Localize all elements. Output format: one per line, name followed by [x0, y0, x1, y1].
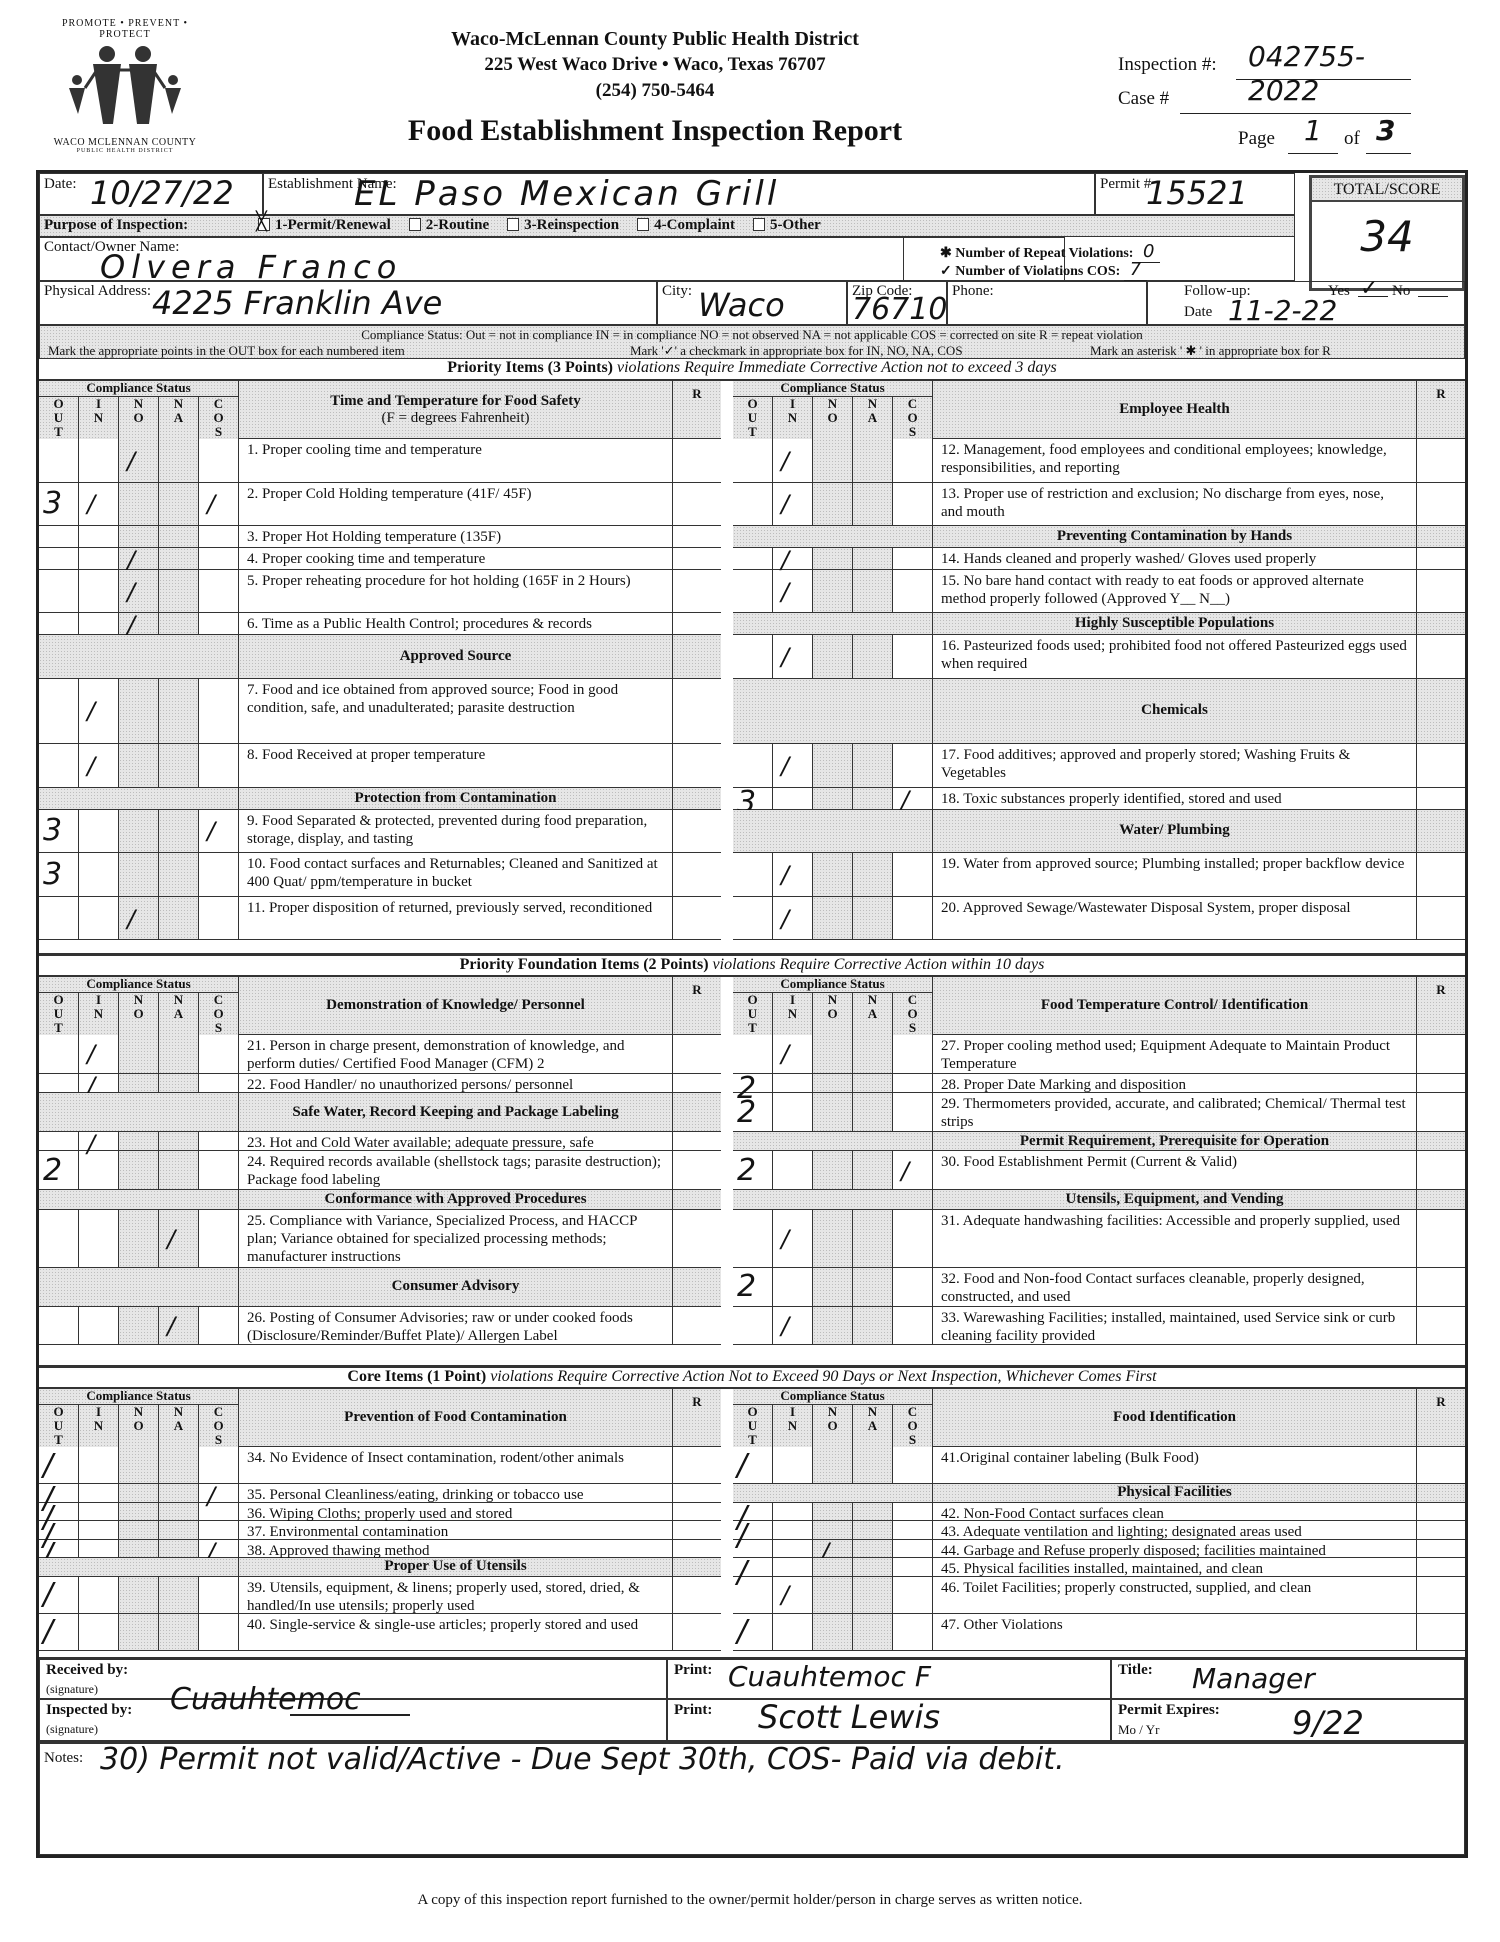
repeat-violation-box[interactable] — [1417, 483, 1465, 526]
status-no-box[interactable] — [813, 897, 853, 940]
status-cos-box[interactable] — [199, 613, 239, 634]
permit-number-field[interactable]: 15521 — [1146, 174, 1248, 212]
status-cos-box[interactable] — [199, 1614, 239, 1650]
status-out-box[interactable]: / — [733, 1521, 773, 1539]
status-na-box[interactable] — [853, 788, 893, 809]
status-cos-box[interactable] — [893, 483, 933, 526]
status-cos-box[interactable] — [199, 1132, 239, 1150]
repeat-violation-box[interactable] — [1417, 1447, 1465, 1483]
case-number-field[interactable]: 2022 — [1248, 74, 1319, 107]
purpose-option[interactable]: 3-Reinspection — [507, 217, 619, 234]
status-na-box[interactable] — [159, 570, 199, 613]
status-cos-box[interactable]: / — [893, 1151, 933, 1189]
status-out-box[interactable] — [39, 1074, 79, 1092]
status-in-box[interactable] — [79, 1151, 119, 1189]
status-cos-box[interactable] — [199, 1210, 239, 1267]
status-in-box[interactable]: / — [773, 1210, 813, 1267]
status-cos-box[interactable] — [199, 526, 239, 547]
status-cos-box[interactable]: / — [199, 1484, 239, 1502]
status-in-box[interactable] — [79, 613, 119, 634]
status-out-box[interactable] — [733, 853, 773, 896]
status-na-box[interactable] — [853, 1151, 893, 1189]
repeat-violation-box[interactable] — [1417, 1074, 1465, 1092]
date-field[interactable]: 10/27/22 — [90, 174, 234, 212]
repeat-violation-box[interactable] — [673, 1614, 721, 1650]
status-in-box[interactable] — [773, 788, 813, 809]
status-out-box[interactable] — [733, 1210, 773, 1267]
status-out-box[interactable] — [39, 679, 79, 743]
status-in-box[interactable] — [79, 1210, 119, 1267]
status-cos-box[interactable] — [893, 853, 933, 896]
status-cos-box[interactable] — [893, 1540, 933, 1558]
status-no-box[interactable]: / — [119, 548, 159, 569]
status-cos-box[interactable] — [199, 439, 239, 482]
city-field[interactable]: Waco — [698, 286, 785, 324]
status-in-box[interactable]: / — [773, 439, 813, 482]
status-na-box[interactable] — [159, 439, 199, 482]
status-na-box[interactable] — [159, 548, 199, 569]
checked-box-icon[interactable]: ╳ — [258, 218, 270, 231]
status-cos-box[interactable] — [893, 439, 933, 482]
status-cos-box[interactable] — [199, 1577, 239, 1613]
purpose-option[interactable]: 4-Complaint — [637, 217, 735, 234]
status-cos-box[interactable] — [893, 635, 933, 678]
status-no-box[interactable] — [813, 1558, 853, 1576]
status-in-box[interactable]: / — [773, 897, 813, 940]
repeat-violation-box[interactable] — [673, 1447, 721, 1483]
status-no-box[interactable] — [813, 1447, 853, 1483]
status-no-box[interactable] — [813, 439, 853, 482]
repeat-violation-box[interactable] — [1417, 635, 1465, 678]
status-out-box[interactable] — [39, 744, 79, 787]
status-cos-box[interactable] — [199, 679, 239, 743]
title-field[interactable]: Manager — [1192, 1662, 1315, 1695]
status-cos-box[interactable] — [893, 1268, 933, 1306]
status-in-box[interactable] — [79, 570, 119, 613]
status-cos-box[interactable] — [893, 1447, 933, 1483]
status-na-box[interactable] — [159, 1447, 199, 1483]
status-out-box[interactable]: / — [39, 1577, 79, 1613]
repeat-violation-box[interactable] — [1417, 1093, 1465, 1131]
status-na-box[interactable] — [159, 1540, 199, 1558]
status-no-box[interactable] — [813, 1151, 853, 1189]
status-out-box[interactable] — [39, 1035, 79, 1073]
status-in-box[interactable] — [773, 1540, 813, 1558]
status-in-box[interactable]: / — [773, 635, 813, 678]
status-in-box[interactable] — [79, 1577, 119, 1613]
repeat-violation-box[interactable] — [1417, 1614, 1465, 1650]
status-cos-box[interactable] — [199, 1307, 239, 1345]
status-na-box[interactable] — [159, 897, 199, 940]
status-out-box[interactable] — [733, 548, 773, 569]
notes-field[interactable]: 30) Permit not valid/Active - Due Sept 3… — [100, 1742, 1065, 1777]
status-in-box[interactable] — [79, 1447, 119, 1483]
status-cos-box[interactable] — [893, 1035, 933, 1073]
status-na-box[interactable] — [159, 853, 199, 896]
repeat-violation-box[interactable] — [673, 483, 721, 526]
status-in-box[interactable]: / — [773, 483, 813, 526]
page-number-field[interactable]: 1 — [1304, 114, 1322, 147]
status-no-box[interactable] — [119, 483, 159, 526]
status-na-box[interactable] — [159, 1151, 199, 1189]
repeat-violation-box[interactable] — [673, 897, 721, 940]
status-out-box[interactable] — [39, 1132, 79, 1150]
status-in-box[interactable]: / — [79, 1132, 119, 1150]
status-in-box[interactable] — [773, 1447, 813, 1483]
status-na-box[interactable] — [853, 483, 893, 526]
status-no-box[interactable] — [119, 1614, 159, 1650]
status-na-box[interactable] — [853, 1577, 893, 1613]
physical-address-field[interactable]: 4225 Franklin Ave — [152, 284, 442, 322]
status-na-box[interactable] — [159, 526, 199, 547]
status-na-box[interactable] — [853, 548, 893, 569]
follow-up-date-field[interactable]: 11-2-22 — [1228, 294, 1337, 327]
status-no-box[interactable] — [813, 1074, 853, 1092]
status-na-box[interactable] — [853, 897, 893, 940]
status-out-box[interactable] — [733, 635, 773, 678]
status-na-box[interactable] — [159, 1577, 199, 1613]
status-na-box[interactable] — [853, 1093, 893, 1131]
status-in-box[interactable] — [79, 1484, 119, 1502]
repeat-violation-box[interactable] — [1417, 1151, 1465, 1189]
status-na-box[interactable] — [853, 570, 893, 613]
status-in-box[interactable]: / — [773, 548, 813, 569]
status-cos-box[interactable] — [199, 570, 239, 613]
status-na-box[interactable] — [159, 744, 199, 787]
status-cos-box[interactable]: / — [199, 483, 239, 526]
status-out-box[interactable]: / — [733, 1447, 773, 1483]
status-in-box[interactable]: / — [773, 1307, 813, 1345]
repeat-violation-box[interactable] — [1417, 1558, 1465, 1576]
status-na-box[interactable] — [159, 1484, 199, 1502]
status-out-box[interactable]: 2 — [733, 1268, 773, 1306]
status-out-box[interactable]: / — [733, 1614, 773, 1650]
establishment-name-field[interactable]: EL Paso Mexican Grill — [354, 174, 779, 214]
status-out-box[interactable] — [733, 570, 773, 613]
status-cos-box[interactable]: / — [199, 1540, 239, 1558]
repeat-violation-box[interactable] — [673, 1132, 721, 1150]
status-cos-box[interactable] — [199, 897, 239, 940]
status-no-box[interactable] — [119, 810, 159, 853]
status-cos-box[interactable] — [893, 1503, 933, 1521]
status-in-box[interactable]: / — [773, 570, 813, 613]
status-in-box[interactable]: / — [773, 744, 813, 787]
status-out-box[interactable]: / — [39, 1521, 79, 1539]
status-in-box[interactable] — [79, 853, 119, 896]
status-out-box[interactable] — [39, 1210, 79, 1267]
status-out-box[interactable]: 2 — [733, 1151, 773, 1189]
status-out-box[interactable] — [39, 897, 79, 940]
repeat-violation-box[interactable] — [673, 744, 721, 787]
status-no-box[interactable] — [119, 1307, 159, 1345]
status-no-box[interactable] — [813, 1268, 853, 1306]
repeat-violation-box[interactable] — [1417, 1540, 1465, 1558]
status-na-box[interactable] — [853, 635, 893, 678]
status-out-box[interactable]: 3 — [39, 853, 79, 896]
status-in-box[interactable]: / — [79, 1035, 119, 1073]
permit-expires-field[interactable]: 9/22 — [1292, 1704, 1364, 1742]
status-no-box[interactable] — [119, 1484, 159, 1502]
status-na-box[interactable]: / — [159, 1307, 199, 1345]
status-out-box[interactable] — [733, 897, 773, 940]
repeat-violation-box[interactable] — [1417, 1503, 1465, 1521]
repeat-violation-box[interactable] — [673, 1151, 721, 1189]
follow-up-no-check[interactable] — [1418, 296, 1448, 297]
status-cos-box[interactable] — [199, 1035, 239, 1073]
status-in-box[interactable] — [79, 548, 119, 569]
follow-up-yes-check[interactable]: ✓ — [1360, 276, 1378, 301]
status-in-box[interactable]: / — [773, 853, 813, 896]
checkbox-icon[interactable] — [409, 218, 421, 231]
repeat-violation-box[interactable] — [1417, 1307, 1465, 1345]
received-signature[interactable]: Cuauhtemoc — [170, 1682, 361, 1717]
status-out-box[interactable] — [39, 526, 79, 547]
received-print-field[interactable]: Cuauhtemoc F — [728, 1660, 931, 1693]
status-no-box[interactable] — [119, 1577, 159, 1613]
status-out-box[interactable] — [733, 1577, 773, 1613]
status-out-box[interactable] — [39, 1307, 79, 1345]
status-na-box[interactable] — [853, 1521, 893, 1539]
status-in-box[interactable] — [79, 897, 119, 940]
status-cos-box[interactable] — [893, 1521, 933, 1539]
status-out-box[interactable]: 2 — [733, 1074, 773, 1092]
repeat-violation-box[interactable] — [673, 548, 721, 569]
status-na-box[interactable] — [853, 1558, 893, 1576]
status-in-box[interactable] — [79, 1503, 119, 1521]
status-no-box[interactable] — [813, 744, 853, 787]
repeat-violation-box[interactable] — [1417, 1210, 1465, 1267]
status-na-box[interactable] — [159, 1521, 199, 1539]
status-in-box[interactable] — [773, 1558, 813, 1576]
status-na-box[interactable] — [853, 1447, 893, 1483]
status-in-box[interactable]: / — [79, 679, 119, 743]
status-in-box[interactable] — [773, 1093, 813, 1131]
repeat-violation-box[interactable] — [1417, 897, 1465, 940]
status-na-box[interactable] — [159, 1035, 199, 1073]
status-no-box[interactable] — [119, 1540, 159, 1558]
status-no-box[interactable] — [813, 1307, 853, 1345]
checkbox-icon[interactable] — [753, 218, 765, 231]
status-no-box[interactable] — [813, 548, 853, 569]
status-cos-box[interactable] — [893, 1210, 933, 1267]
status-no-box[interactable] — [119, 1132, 159, 1150]
status-no-box[interactable] — [119, 1210, 159, 1267]
status-cos-box[interactable] — [199, 1074, 239, 1092]
status-in-box[interactable] — [773, 1503, 813, 1521]
status-out-box[interactable]: / — [39, 1614, 79, 1650]
status-in-box[interactable]: / — [79, 744, 119, 787]
status-in-box[interactable] — [79, 1540, 119, 1558]
status-na-box[interactable] — [853, 1307, 893, 1345]
status-out-box[interactable] — [39, 613, 79, 634]
status-na-box[interactable]: / — [159, 1210, 199, 1267]
repeat-violation-box[interactable] — [1417, 439, 1465, 482]
status-cos-box[interactable] — [893, 1577, 933, 1613]
status-no-box[interactable] — [813, 1577, 853, 1613]
status-out-box[interactable] — [733, 483, 773, 526]
status-out-box[interactable] — [39, 570, 79, 613]
status-no-box[interactable] — [119, 1074, 159, 1092]
inspection-number-field[interactable]: 042755- — [1248, 40, 1365, 73]
status-out-box[interactable]: / — [39, 1540, 79, 1558]
status-no-box[interactable] — [119, 1035, 159, 1073]
status-out-box[interactable] — [39, 439, 79, 482]
repeat-violation-box[interactable] — [673, 1484, 721, 1502]
repeat-violation-box[interactable] — [673, 1035, 721, 1073]
status-no-box[interactable] — [813, 1035, 853, 1073]
purpose-option[interactable]: 2-Routine — [409, 217, 489, 234]
status-cos-box[interactable]: / — [199, 810, 239, 853]
status-na-box[interactable] — [853, 1614, 893, 1650]
status-in-box[interactable]: / — [79, 1074, 119, 1092]
repeat-violation-box[interactable] — [673, 1503, 721, 1521]
status-na-box[interactable] — [159, 1132, 199, 1150]
status-cos-box[interactable] — [893, 1558, 933, 1576]
repeat-violation-box[interactable] — [1417, 1268, 1465, 1306]
status-out-box[interactable]: / — [39, 1447, 79, 1483]
status-cos-box[interactable] — [199, 1503, 239, 1521]
status-cos-box[interactable]: / — [893, 788, 933, 809]
status-out-box[interactable]: 2 — [39, 1151, 79, 1189]
status-out-box[interactable]: 3 — [39, 483, 79, 526]
status-no-box[interactable] — [813, 635, 853, 678]
status-out-box[interactable] — [733, 1307, 773, 1345]
repeat-violation-box[interactable] — [673, 613, 721, 634]
status-na-box[interactable] — [853, 1268, 893, 1306]
status-na-box[interactable] — [853, 1540, 893, 1558]
status-out-box[interactable] — [733, 439, 773, 482]
repeat-violation-box[interactable] — [673, 439, 721, 482]
status-cos-box[interactable] — [893, 1307, 933, 1345]
status-no-box[interactable] — [813, 788, 853, 809]
status-no-box[interactable] — [119, 1521, 159, 1539]
cos-violations-field[interactable]: 7 — [1124, 259, 1147, 281]
status-no-box[interactable]: / — [813, 1540, 853, 1558]
purpose-option[interactable]: 5-Other — [753, 217, 821, 234]
status-na-box[interactable] — [159, 1074, 199, 1092]
status-na-box[interactable] — [159, 1614, 199, 1650]
repeat-violation-box[interactable] — [673, 1210, 721, 1267]
status-in-box[interactable] — [79, 810, 119, 853]
repeat-violation-box[interactable] — [1417, 788, 1465, 809]
status-in-box[interactable] — [79, 526, 119, 547]
status-no-box[interactable] — [813, 570, 853, 613]
repeat-violation-box[interactable] — [673, 679, 721, 743]
repeat-violation-box[interactable] — [1417, 744, 1465, 787]
status-out-box[interactable] — [733, 1035, 773, 1073]
status-na-box[interactable] — [159, 679, 199, 743]
repeat-violation-box[interactable] — [1417, 570, 1465, 613]
status-na-box[interactable] — [853, 1074, 893, 1092]
status-no-box[interactable] — [119, 679, 159, 743]
purpose-option[interactable]: ╳1-Permit/Renewal — [258, 217, 391, 234]
status-cos-box[interactable] — [893, 744, 933, 787]
status-out-box[interactable]: / — [733, 1558, 773, 1576]
status-na-box[interactable] — [853, 1035, 893, 1073]
status-no-box[interactable] — [119, 744, 159, 787]
status-cos-box[interactable] — [199, 744, 239, 787]
page-total-field[interactable]: 3 — [1376, 114, 1395, 147]
status-cos-box[interactable] — [199, 1447, 239, 1483]
status-na-box[interactable] — [159, 483, 199, 526]
repeat-violation-box[interactable] — [673, 1540, 721, 1558]
status-no-box[interactable] — [119, 1447, 159, 1483]
status-in-box[interactable] — [79, 1521, 119, 1539]
status-cos-box[interactable] — [893, 548, 933, 569]
repeat-violation-box[interactable] — [1417, 1521, 1465, 1539]
status-out-box[interactable]: 3 — [39, 810, 79, 853]
status-in-box[interactable] — [773, 1268, 813, 1306]
status-cos-box[interactable] — [199, 1521, 239, 1539]
status-no-box[interactable]: / — [119, 613, 159, 634]
status-in-box[interactable] — [79, 439, 119, 482]
status-no-box[interactable] — [813, 1614, 853, 1650]
status-in-box[interactable]: / — [79, 483, 119, 526]
status-cos-box[interactable] — [893, 570, 933, 613]
status-no-box[interactable]: / — [119, 570, 159, 613]
status-no-box[interactable] — [813, 1503, 853, 1521]
inspector-print-field[interactable]: Scott Lewis — [758, 1698, 940, 1736]
repeat-violation-box[interactable] — [673, 526, 721, 547]
status-cos-box[interactable] — [199, 548, 239, 569]
status-no-box[interactable] — [119, 1503, 159, 1521]
status-in-box[interactable] — [79, 1307, 119, 1345]
repeat-violation-box[interactable] — [1417, 1035, 1465, 1073]
repeat-violation-box[interactable] — [1417, 548, 1465, 569]
status-na-box[interactable] — [159, 810, 199, 853]
status-out-box[interactable] — [39, 548, 79, 569]
repeat-violation-box[interactable] — [673, 810, 721, 853]
repeat-violation-box[interactable] — [673, 853, 721, 896]
repeat-violation-box[interactable] — [673, 1074, 721, 1092]
repeat-violation-box[interactable] — [673, 1577, 721, 1613]
status-cos-box[interactable] — [199, 1151, 239, 1189]
status-no-box[interactable] — [813, 483, 853, 526]
status-no-box[interactable] — [119, 853, 159, 896]
status-na-box[interactable] — [159, 1503, 199, 1521]
status-in-box[interactable] — [773, 1614, 813, 1650]
status-no-box[interactable] — [119, 526, 159, 547]
status-in-box[interactable] — [79, 1614, 119, 1650]
status-no-box[interactable] — [119, 1151, 159, 1189]
status-in-box[interactable]: / — [773, 1577, 813, 1613]
status-cos-box[interactable] — [893, 897, 933, 940]
status-na-box[interactable] — [159, 613, 199, 634]
repeat-violation-box[interactable] — [1417, 853, 1465, 896]
repeat-violation-box[interactable] — [673, 570, 721, 613]
status-no-box[interactable] — [813, 1093, 853, 1131]
status-in-box[interactable] — [773, 1521, 813, 1539]
status-cos-box[interactable] — [893, 1074, 933, 1092]
status-out-box[interactable]: 2 — [733, 1093, 773, 1131]
status-na-box[interactable] — [853, 744, 893, 787]
status-na-box[interactable] — [853, 1503, 893, 1521]
status-na-box[interactable] — [853, 853, 893, 896]
status-in-box[interactable]: / — [773, 1035, 813, 1073]
status-out-box[interactable]: 3 — [733, 788, 773, 809]
checkbox-icon[interactable] — [507, 218, 519, 231]
status-cos-box[interactable] — [199, 853, 239, 896]
zip-code-field[interactable]: 76710 — [852, 292, 947, 327]
repeat-violation-box[interactable] — [673, 1521, 721, 1539]
status-no-box[interactable]: / — [119, 897, 159, 940]
status-in-box[interactable] — [773, 1074, 813, 1092]
status-no-box[interactable] — [813, 1521, 853, 1539]
status-out-box[interactable]: / — [39, 1484, 79, 1502]
status-cos-box[interactable] — [893, 1093, 933, 1131]
status-in-box[interactable] — [773, 1151, 813, 1189]
status-na-box[interactable] — [853, 1210, 893, 1267]
